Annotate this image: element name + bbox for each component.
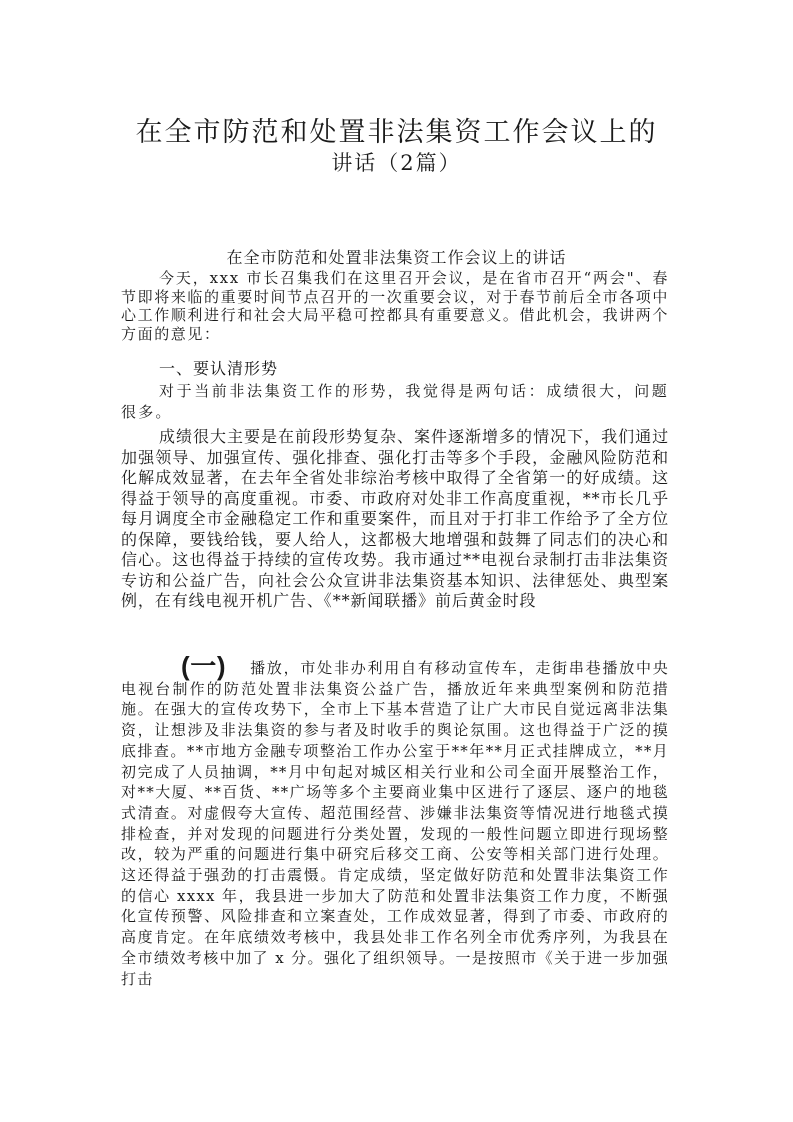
broadcast-text: 播放，市处非办利用自有移动宣传车，走街串巷播放中央电视台制作的防范处置非法集资公… [121,659,669,988]
document-title-line-2: 讲话（2篇） [0,147,793,177]
section-mark: (一) [181,651,225,681]
section-heading-one: 一、要认清形势 [159,356,278,379]
broadcast-paragraph-body: (一)播放，市处非办利用自有移动宣传车，走街串巷播放中央电视台制作的防范处置非法… [121,656,669,989]
intro-text: 今天，xxx 市长召集我们在这里召开会议，是在省市召开“两会"、春节即将来临的重… [121,269,669,343]
speech-subtitle: 在全市防范和处置非法集资工作会议上的讲话 [0,245,793,268]
broadcast-paragraph: (一)播放，市处非办利用自有移动宣传车，走街串巷播放中央电视台制作的防范处置非法… [121,656,669,989]
situation-text: 对于当前非法集资工作的形势，我觉得是两句话：成绩很大，问题很多。 [121,381,669,423]
document-page: 在全市防范和处置非法集资工作会议上的 讲话（2篇） 在全市防范和处置非法集资工作… [0,0,793,1122]
intro-paragraph: 今天，xxx 市长召集我们在这里召开会议，是在省市召开“两会"、春节即将来临的重… [121,269,669,343]
document-title-line-1: 在全市防范和处置非法集资工作会议上的 [0,110,793,149]
situation-paragraph: 对于当前非法集资工作的形势，我觉得是两句话：成绩很大，问题很多。 [121,381,669,423]
achievements-text: 成绩很大主要是在前段形势复杂、案件逐渐增多的情况下，我们通过加强领导、加强宣传、… [121,427,669,612]
achievements-paragraph: 成绩很大主要是在前段形势复杂、案件逐渐增多的情况下，我们通过加强领导、加强宣传、… [121,427,669,612]
